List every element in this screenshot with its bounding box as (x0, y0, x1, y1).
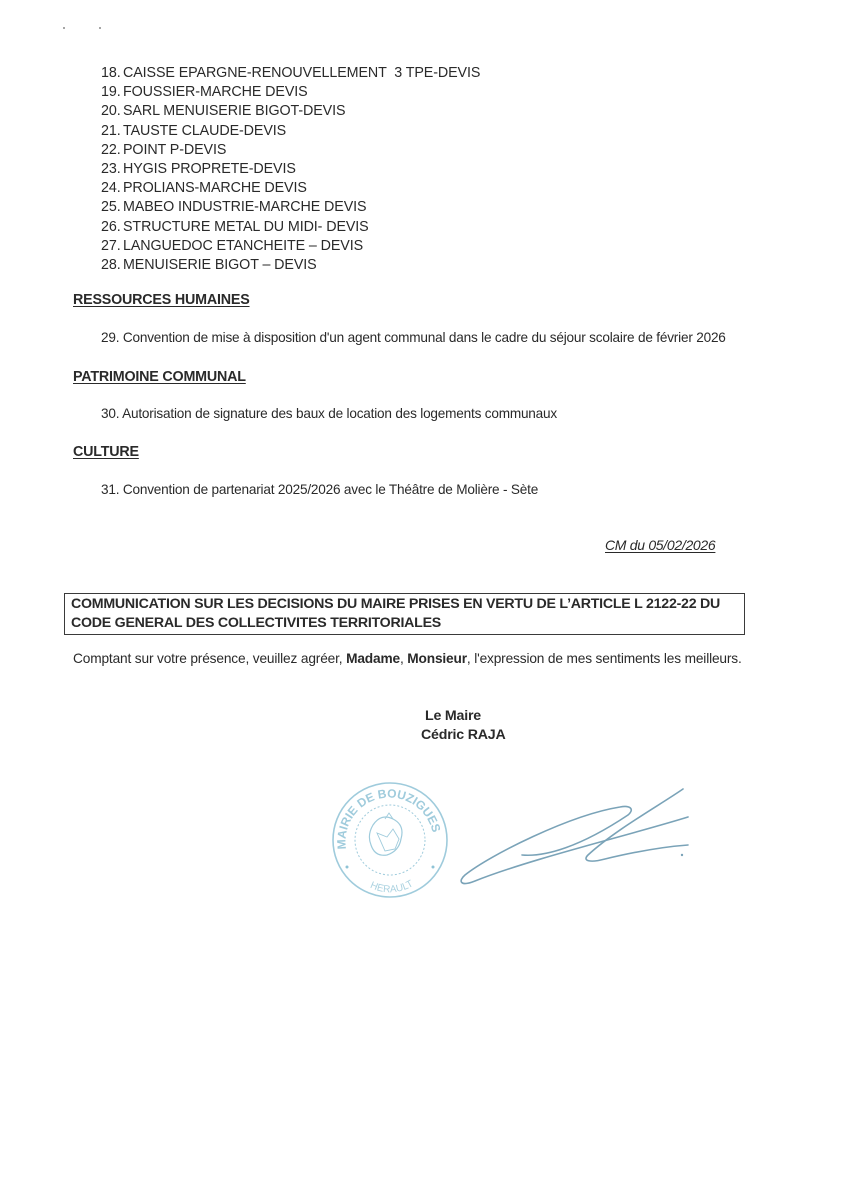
agenda-item-31: 31. Convention de partenariat 2025/2026 … (101, 482, 538, 497)
list-item: 27.LANGUEDOC ETANCHEITE – DEVIS (101, 237, 480, 256)
agenda-item-30: 30. Autorisation de signature des baux d… (101, 406, 557, 421)
devis-list: 18.CAISSE EPARGNE-RENOUVELLEMENT 3 TPE-D… (101, 64, 480, 275)
list-item: 19.FOUSSIER-MARCHE DEVIS (101, 83, 480, 102)
list-item: 23.HYGIS PROPRETE-DEVIS (101, 160, 480, 179)
section-heading-ressources-humaines: RESSOURCES HUMAINES (73, 292, 250, 308)
svg-text:HERAULT: HERAULT (368, 878, 415, 895)
list-item: 18.CAISSE EPARGNE-RENOUVELLEMENT 3 TPE-D… (101, 64, 480, 83)
scan-speck (63, 27, 65, 29)
salutation-monsieur: Monsieur (407, 651, 467, 666)
communication-line-1: COMMUNICATION SUR LES DECISIONS DU MAIRE… (71, 595, 738, 614)
scan-speck (99, 27, 101, 29)
list-item: 26.STRUCTURE METAL DU MIDI- DEVIS (101, 218, 480, 237)
section-heading-patrimoine-communal: PATRIMOINE COMMUNAL (73, 369, 246, 385)
council-meeting-date: CM du 05/02/2026 (605, 537, 715, 553)
communication-line-2: CODE GENERAL DES COLLECTIVITES TERRITORI… (71, 614, 738, 633)
section-heading-culture: CULTURE (73, 444, 139, 460)
list-item: 24.PROLIANS-MARCHE DEVIS (101, 179, 480, 198)
signatory-title: Le Maire (425, 707, 481, 726)
closing-paragraph: Comptant sur votre présence, veuillez ag… (73, 649, 746, 669)
document-page: 18.CAISSE EPARGNE-RENOUVELLEMENT 3 TPE-D… (0, 0, 849, 1200)
agenda-item-29: 29. Convention de mise à disposition d'u… (101, 330, 726, 345)
town-hall-stamp-icon: MAIRIE DE BOUZIGUES HERAULT (325, 775, 455, 905)
signatory-name: Cédric RAJA (421, 726, 506, 745)
list-item: 28.MENUISERIE BIGOT – DEVIS (101, 256, 480, 275)
communication-box: COMMUNICATION SUR LES DECISIONS DU MAIRE… (64, 593, 745, 635)
list-item: 22.POINT P-DEVIS (101, 141, 480, 160)
list-item: 21.TAUSTE CLAUDE-DEVIS (101, 122, 480, 141)
mayor-signature-icon (450, 775, 700, 900)
list-item: 20.SARL MENUISERIE BIGOT-DEVIS (101, 102, 480, 121)
list-item: 25.MABEO INDUSTRIE-MARCHE DEVIS (101, 198, 480, 217)
salutation-madame: Madame (346, 651, 400, 666)
